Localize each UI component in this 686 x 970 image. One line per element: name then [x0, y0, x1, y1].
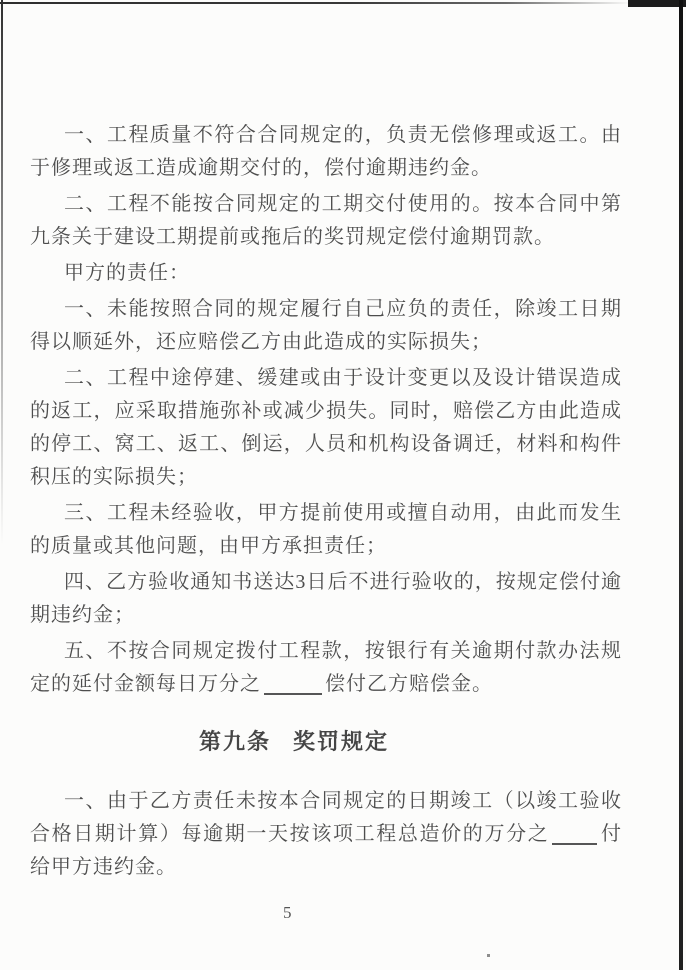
contract-body: 一、工程质量不符合合同规定的，负责无偿修理或返工。由于修理或返工造成逾期交付的，… [30, 119, 622, 887]
clause-quality: 一、工程质量不符合合同规定的，负责无偿修理或返工。由于修理或返工造成逾期交付的，… [30, 119, 622, 185]
party-a-item-2: 二、工程中途停建、缓建或由于设计变更以及设计错误造成的返工，应采取措施弥补或减少… [30, 362, 622, 494]
fill-in-blank-penalty-rate [552, 843, 597, 845]
party-a-item-5: 五、不按合同规定拨付工程款，按银行有关逾期付款办法规定的延付金额每日万分之偿付乙… [30, 635, 622, 701]
party-a-item-1: 一、未能按照合同的规定履行自己应负的责任，除竣工日期得以顺延外，还应赔偿乙方由此… [30, 293, 622, 359]
section9-item-1-text-pre: 一、由于乙方责任未按本合同规定的日期竣工（以竣工验收合格日期计算）每逾期一天按该… [30, 790, 622, 845]
page-number: 5 [283, 903, 292, 923]
party-a-responsibility-header: 甲方的责任： [30, 257, 622, 290]
party-a-item-5-text-post: 偿付乙方赔偿金。 [325, 673, 493, 695]
scanned-contract-page: 一、工程质量不符合合同规定的，负责无偿修理或返工。由于修理或返工造成逾期交付的，… [0, 0, 686, 970]
party-a-item-3: 三、工程未经验收，甲方提前使用或擅自动用，由此而发生的质量或其他问题，由甲方承担… [30, 497, 622, 563]
section-heading-number: 第九条 [199, 729, 271, 754]
section-heading-title: 奖罚规定 [293, 729, 389, 754]
scan-edge-top [0, 2, 632, 4]
party-a-item-4: 四、乙方验收通知书送达3日后不进行验收的，按规定偿付逾期违约金； [30, 566, 622, 632]
scan-speck [487, 954, 490, 957]
clause-schedule: 二、工程不能按合同规定的工期交付使用的。按本合同中第九条关于建设工期提前或拖后的… [30, 188, 622, 254]
section9-item-1: 一、由于乙方责任未按本合同规定的日期竣工（以竣工验收合格日期计算）每逾期一天按该… [30, 785, 622, 884]
fill-in-blank-rate [264, 693, 322, 695]
scan-edge-top-right-corner [628, 0, 686, 7]
scan-edge-left [1, 0, 3, 545]
section-heading: 第九条奖罚规定 [30, 725, 558, 758]
scan-edge-right [679, 0, 683, 970]
